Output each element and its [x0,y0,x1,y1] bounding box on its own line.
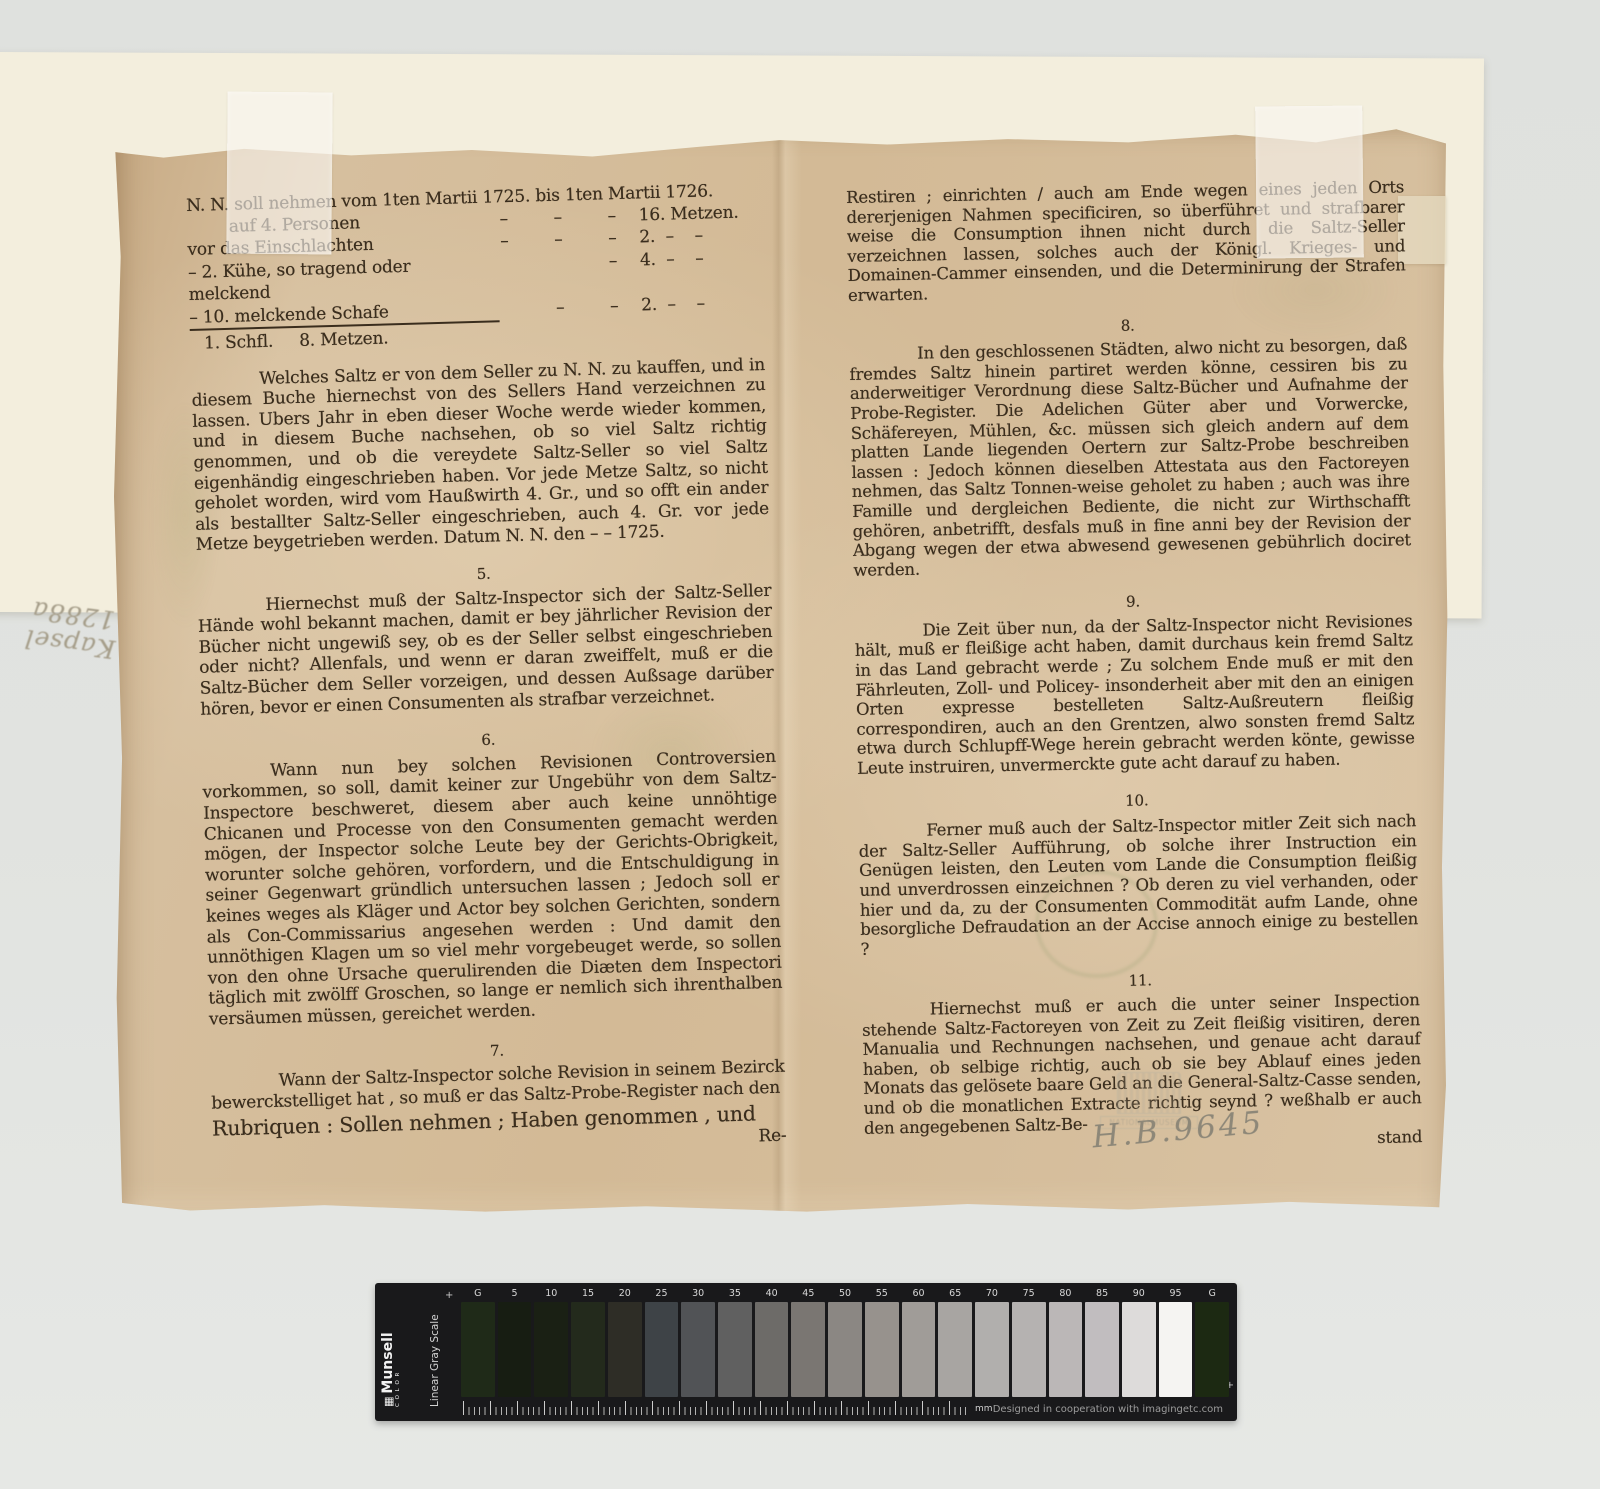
dash [532,250,587,296]
gray-patch: 90 [1122,1288,1156,1397]
section-number: 10. [858,786,1416,816]
dash: – [586,249,641,295]
tape-strip [1255,105,1364,258]
gray-patch: 45 [791,1288,825,1397]
scale-label: Linear Gray Scale [429,1314,441,1407]
credit-text: Designed in cooperation with imagingetc.… [993,1404,1223,1415]
row-value: 4. – – [640,246,763,294]
gray-patch: G [1195,1288,1229,1397]
gray-patch: 10 [534,1288,568,1397]
intro-paragraph: Welches Saltz er von dem Seller zu N. N.… [191,355,770,556]
dash: – [584,204,639,228]
mm-ruler-ticks [463,1401,969,1415]
gray-patch: 20 [608,1288,642,1397]
gray-patch: 25 [645,1288,679,1397]
dash: – [585,226,640,250]
section-6-text: Wann nun bey solchen Revisionen Controve… [202,747,783,1031]
gray-patch: 5 [498,1288,532,1397]
right-page-text: Restiren ; einrichten / auch am Ende weg… [846,177,1423,1157]
dash: – [530,205,585,229]
gray-patch: 35 [718,1288,752,1397]
stamp-crest-icon [1117,1072,1181,1114]
gray-patch: 75 [1012,1288,1046,1397]
section-5-text: Hiernechst muß der Saltz-Inspector sich … [197,580,774,720]
gray-patch: 15 [571,1288,605,1397]
dash: – [587,294,642,318]
registration-plus-mark: + [445,1290,453,1301]
row-value: 2. – – [641,291,764,317]
dash: – [533,295,588,319]
section-8-text: In den geschlossenen Städten, alwo nicht… [849,334,1411,580]
mm-unit-label: mm [975,1404,993,1414]
gray-patch: 70 [975,1288,1009,1397]
left-page-text: N. N. soll nehmen vom 1ten Martii 1725. … [186,180,787,1163]
gray-patch: G [461,1288,495,1397]
munsell-logo-icon: ▦ [382,1397,395,1407]
dash [478,252,533,298]
dash [479,297,534,321]
gray-patch: 30 [681,1288,715,1397]
brand-text: Munsell [380,1332,396,1393]
munsell-brand: ▦Munsell C O L O R [380,1332,401,1407]
gray-scale-patches: G5101520253035404550556065707580859095G [461,1288,1229,1397]
dash: – [476,207,531,231]
gray-patch: 60 [902,1288,936,1397]
gray-patch: 40 [755,1288,789,1397]
gray-patch: 50 [828,1288,862,1397]
munsell-gray-scale-ruler: ▦Munsell C O L O R Linear Gray Scale + +… [375,1283,1237,1421]
gray-patch: 80 [1049,1288,1083,1397]
gray-patch: 85 [1085,1288,1119,1397]
section-10-text: Ferner muß auch der Saltz-Inspector mitl… [858,811,1419,959]
dash: – [477,229,532,253]
tape-strip [226,92,332,255]
section-9-text: Die Zeit über nun, da der Saltz-Inspecto… [854,611,1415,778]
gray-patch: 65 [938,1288,972,1397]
row-label: – 2. Kühe, so tragend oder melckend [188,253,479,306]
gray-patch: 95 [1159,1288,1193,1397]
gray-patch: 55 [865,1288,899,1397]
dash: – [531,228,586,252]
